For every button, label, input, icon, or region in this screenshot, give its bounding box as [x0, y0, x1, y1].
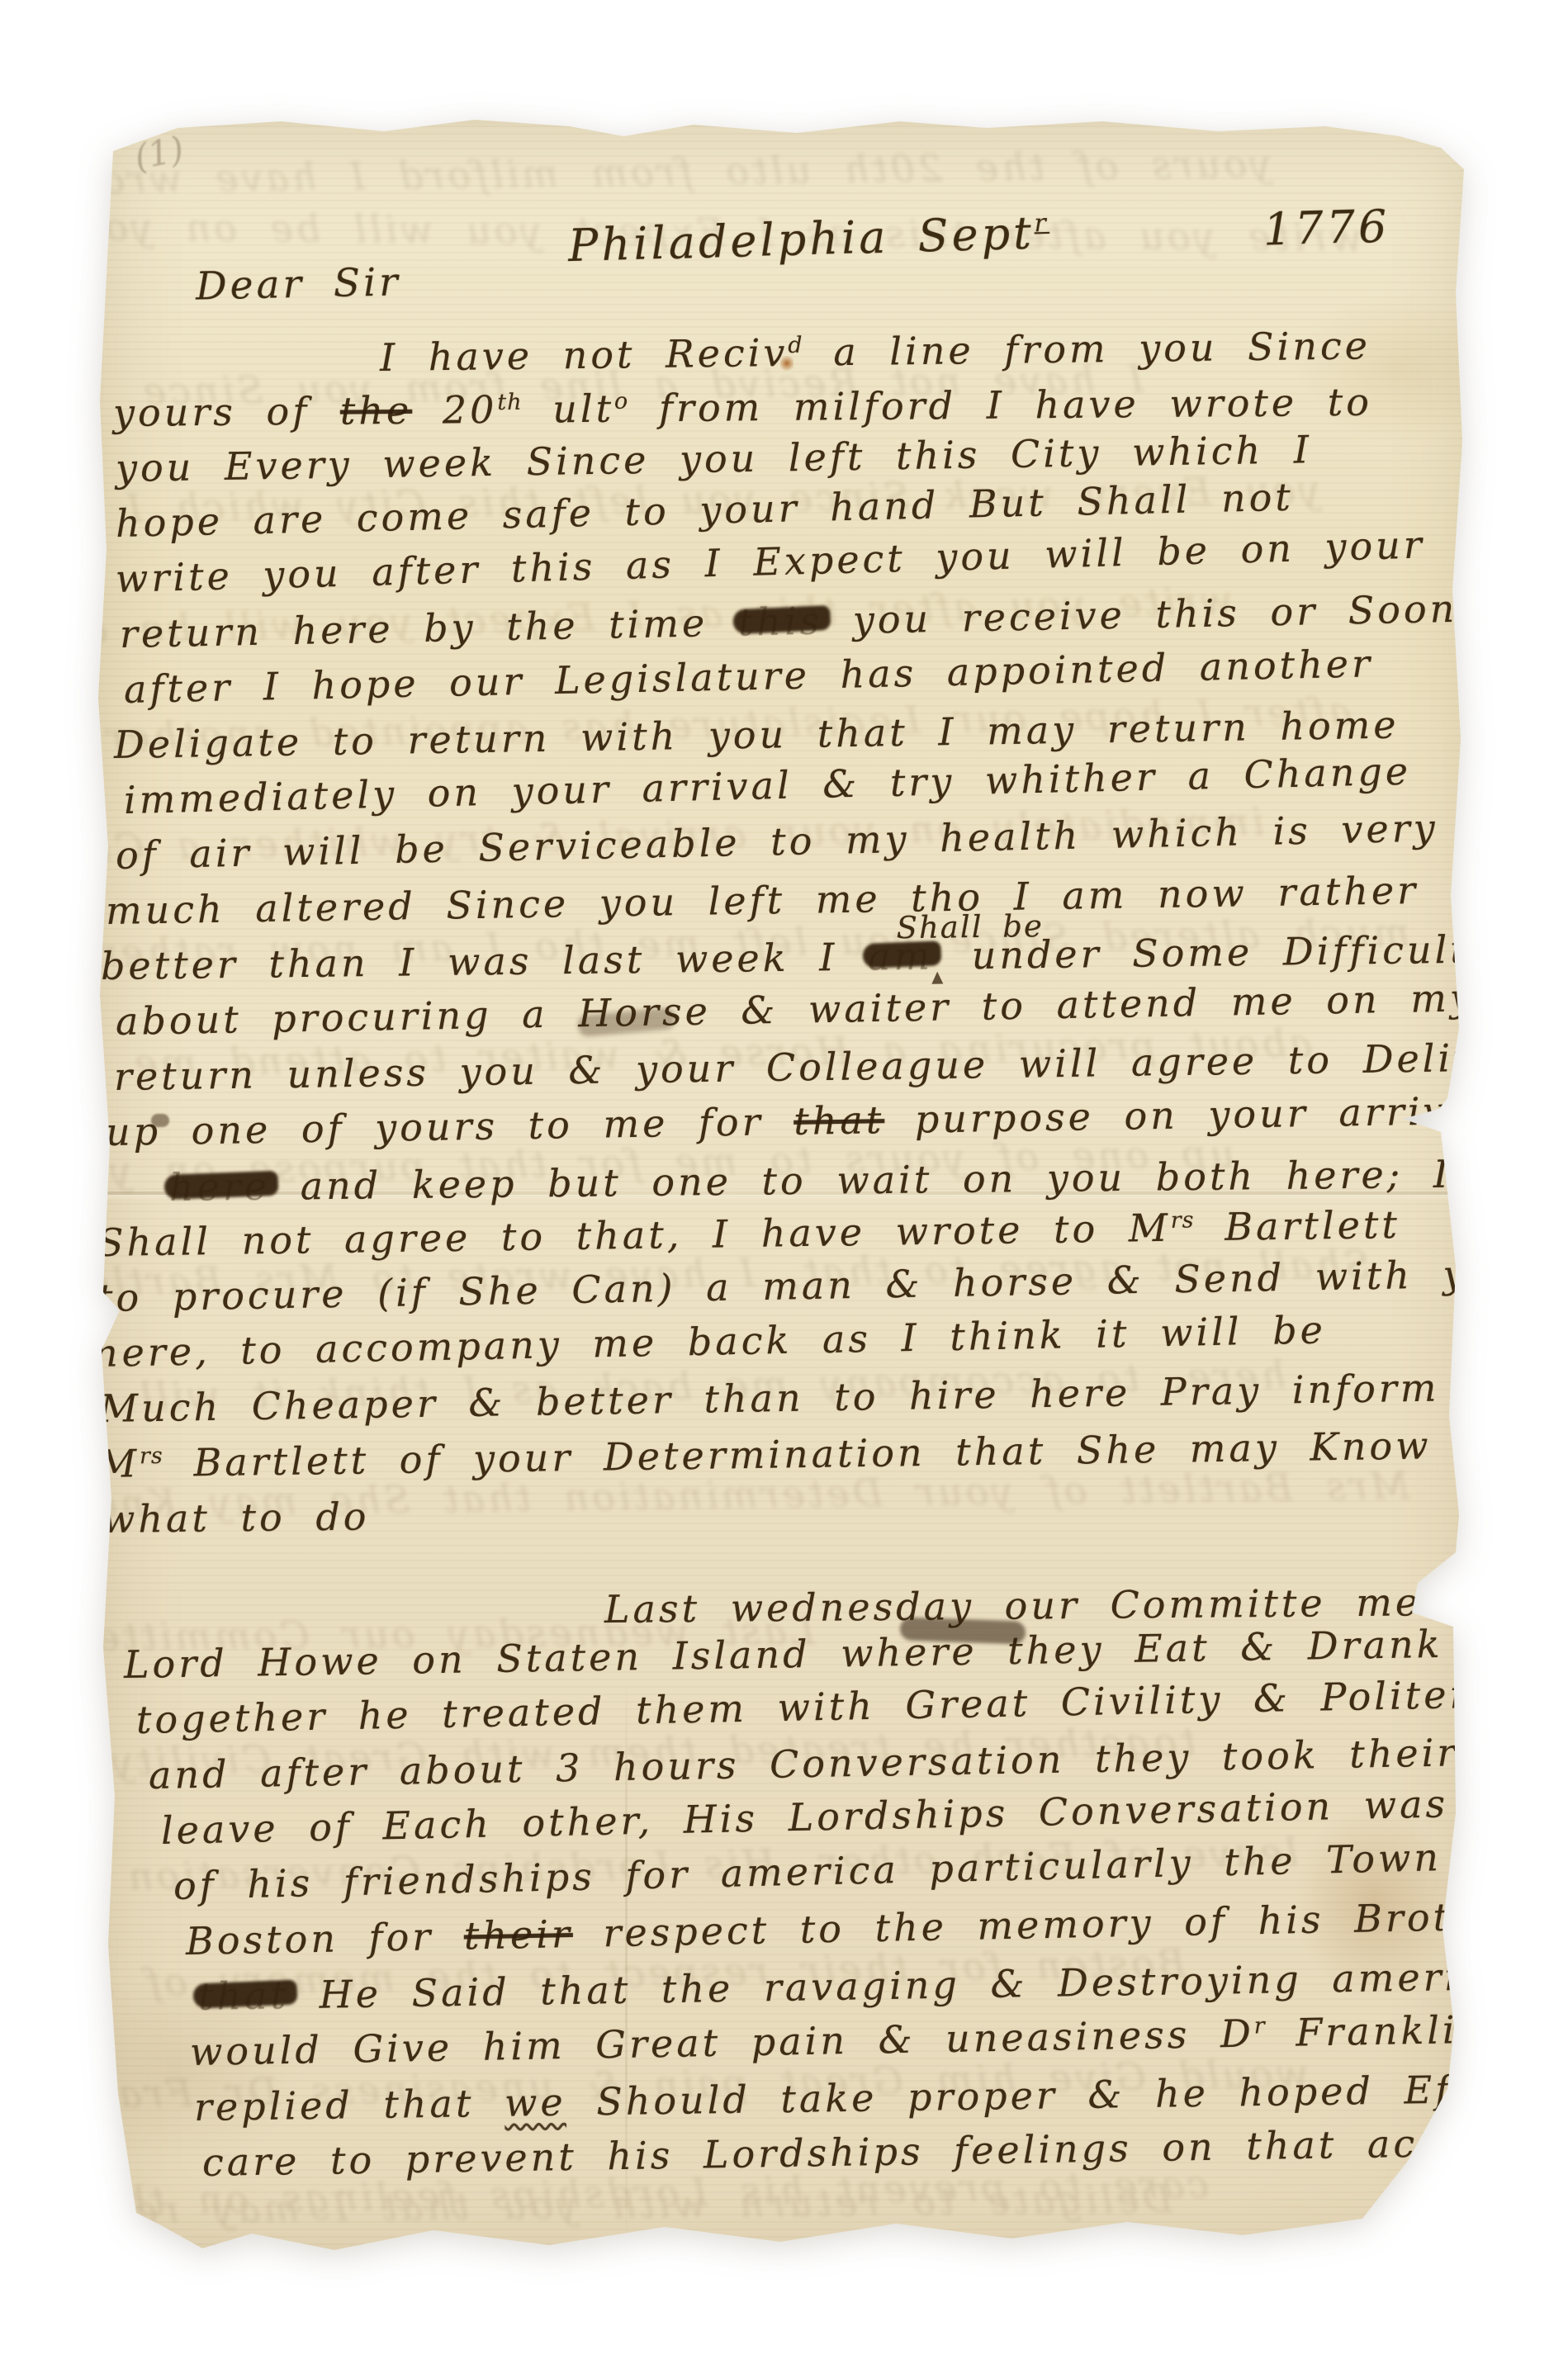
- word-segment: Should take proper & he hoped Effectual: [566, 2065, 1568, 2125]
- word-segment: Shall not agree to that, I have wrote to…: [97, 1206, 1172, 1265]
- blotted-word: here: [169, 1164, 271, 1210]
- manuscript-line: about procuring a Horse & waiter to atte…: [116, 978, 1476, 1040]
- manuscript-line: care to prevent his Lordships feelings o…: [202, 2123, 1497, 2181]
- word-segment: He Said that the ravaging & Destroying a…: [289, 1954, 1511, 2017]
- word-segment: would Give him Great pain & uneasiness D: [190, 2011, 1255, 2074]
- word-segment: that: [793, 1097, 885, 1144]
- date-line: Philadelphia Septr 1776: [567, 211, 1049, 268]
- word-segment: from milford I have wrote to: [628, 380, 1372, 431]
- word-segment: and keep but one to wait on you both her…: [270, 1150, 1568, 1209]
- manuscript-line: here and keep but one to wait on you bot…: [169, 1153, 1568, 1206]
- manuscript-line: better than I was last week I amShall be…: [101, 930, 1494, 985]
- manuscript-line: would Give him Great pain & uneasiness D…: [190, 2011, 1486, 2071]
- word-segment: better than I was last week I: [101, 935, 869, 988]
- word-segment: Franklin: [1265, 2007, 1485, 2056]
- manuscript-line: up one of yours to me for that purpose o…: [106, 1092, 1490, 1151]
- word-segment: Boston for: [185, 1914, 464, 1964]
- salutation: Dear Sir: [196, 263, 402, 306]
- word-segment: d: [788, 333, 803, 358]
- year: 1776: [1262, 204, 1390, 252]
- manuscript-line: Boston for their respect to the memory o…: [186, 1897, 1528, 1960]
- showthrough-text: Deligate to return with you that I may r…: [0, 2180, 1172, 2231]
- blotted-word: this: [737, 599, 822, 645]
- word-segment: Bartlett of your Determination that She …: [163, 1423, 1431, 1485]
- letter-scan: { "page": { "background": "#ffffff" }, "…: [0, 0, 1568, 2378]
- manuscript-line: Much Cheaper & better than to hire here …: [99, 1369, 1440, 1428]
- caret-mark: [931, 972, 943, 984]
- blotted-word: that: [198, 1973, 290, 2019]
- letter-sheet: I have not Recivd a line from you Sincey…: [87, 111, 1486, 2275]
- word-segment: M: [97, 1441, 140, 1486]
- manuscript-line: after I hope our Legislature has appoint…: [124, 644, 1374, 708]
- manuscript-line: Last wednesday our Committe met: [604, 1583, 1440, 1628]
- pencil-mark: (1): [131, 131, 187, 175]
- manuscript-line: Shall not agree to that, I have wrote to…: [97, 1206, 1400, 1262]
- word-segment: care to prevent his Lordships feelings o…: [202, 2120, 1497, 2185]
- word-segment: r: [1253, 2013, 1265, 2039]
- word-segment: I have not Reciv: [380, 330, 789, 380]
- manuscript-line: of air will be Serviceable to my health …: [116, 808, 1439, 874]
- manuscript-line: yours of the 20th ulto from milford I ha…: [113, 383, 1372, 432]
- word-segment: return unless you & your Colleague will …: [114, 1035, 1526, 1099]
- word-segment: Much Cheaper & better than to hire here …: [99, 1366, 1440, 1431]
- date-superscript: r: [1034, 209, 1049, 238]
- manuscript-line: here, to accompany me back as I think it…: [94, 1310, 1327, 1372]
- manuscript-line: what to do: [102, 1498, 370, 1538]
- showthrough-text: yours of the 20th ulto from milford I ha…: [0, 144, 1272, 201]
- manuscript-line: return unless you & your Colleague will …: [114, 1038, 1526, 1096]
- inserted-text: Shall be: [933, 961, 941, 969]
- word-segment: the: [340, 388, 413, 433]
- word-segment: yours of: [113, 389, 340, 435]
- manuscript-line: Lord Howe on Staten Island where they Ea…: [124, 1625, 1443, 1684]
- manuscript-line: much altered Since you left me tho I am …: [106, 871, 1419, 930]
- word-segment: purpose on your arrival: [884, 1088, 1490, 1142]
- word-segment: a line from you Since: [803, 323, 1371, 374]
- place-date: Philadelphia Sept: [567, 206, 1035, 272]
- word-segment: up one of yours to me for: [106, 1099, 794, 1154]
- word-segment: respect to the memory of his Brother: [572, 1893, 1527, 1956]
- manuscript-line: Mrs Bartlett of your Determination that …: [97, 1426, 1432, 1483]
- word-segment: replied that: [194, 2081, 505, 2129]
- word-segment: th: [497, 390, 523, 415]
- word-segment: here, to accompany me back as I think it…: [93, 1307, 1326, 1376]
- paper-surface: I have not Recivd a line from you Sincey…: [87, 111, 1486, 2275]
- word-segment: 20: [412, 387, 498, 433]
- manuscript-line: that He Said that the ravaging & Destroy…: [198, 1957, 1511, 2016]
- word-segment: what to do: [102, 1495, 370, 1542]
- word-segment: their: [463, 1911, 573, 1959]
- word-segment: we: [505, 2080, 566, 2125]
- manuscript-line: together he treated them with Great Civi…: [136, 1674, 1549, 1739]
- word-segment: rs: [1171, 1207, 1195, 1233]
- manuscript-line: I have not Recivd a line from you Since: [380, 326, 1371, 377]
- word-segment: rs: [140, 1443, 163, 1469]
- word-segment: return here by the time: [119, 600, 738, 656]
- manuscript-line: replied that we Should take proper & he …: [194, 2068, 1568, 2126]
- word-segment: you receive this or Soon: [822, 586, 1458, 643]
- word-segment: o: [614, 389, 629, 414]
- word-segment: ult: [522, 386, 614, 432]
- word-segment: Bartlett: [1194, 1202, 1400, 1249]
- word-segment: much altered Since you left me tho I am …: [106, 868, 1419, 933]
